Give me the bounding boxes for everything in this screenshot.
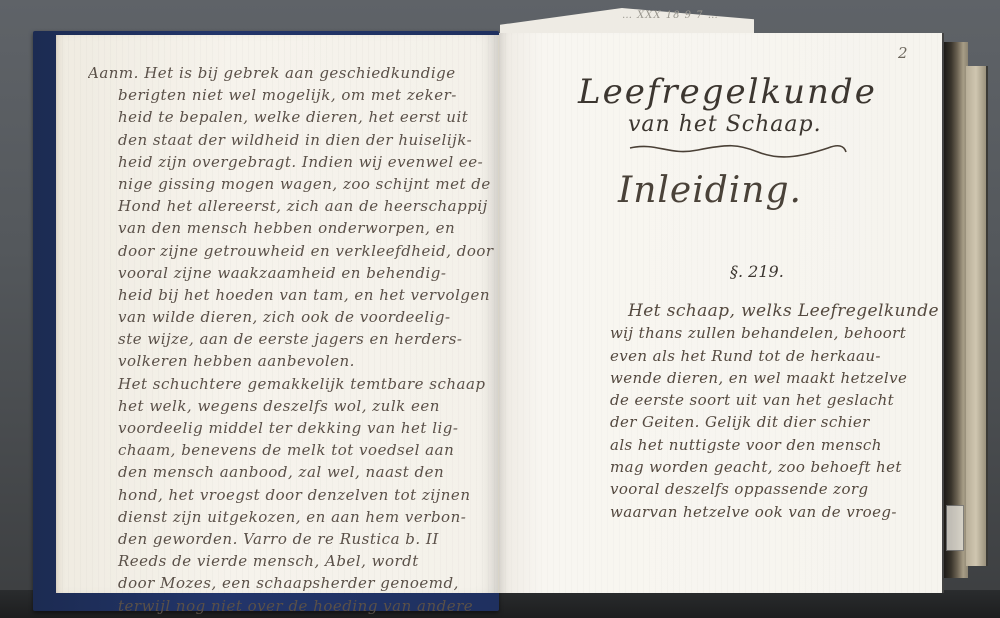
text-line: van wilde dieren, zich ook de voordeelig… bbox=[88, 306, 496, 328]
text-line: Het schuchtere gemakkelijk temtbare scha… bbox=[88, 373, 496, 395]
left-page-text: Aanm. Het is bij gebrek aan geschiedkund… bbox=[88, 62, 496, 617]
text-line: het welk, wegens deszelfs wol, zulk een bbox=[88, 395, 496, 417]
text-line: vooral deszelfs oppassende zorg bbox=[588, 478, 938, 500]
text-line: heid zijn overgebragt. Indien wij evenwe… bbox=[88, 151, 496, 173]
text-line: even als het Rund tot de herkaau- bbox=[588, 345, 938, 367]
text-line: den staat der wildheid in dien der huise… bbox=[88, 129, 496, 151]
page-subtitle: van het Schaap. bbox=[628, 112, 822, 137]
text-line: dienst zijn uitgekozen, en aan hem verbo… bbox=[88, 506, 496, 528]
text-line: chaam, benevens de melk tot voedsel aan bbox=[88, 439, 496, 461]
text-line: als het nuttigste voor den mensch bbox=[588, 434, 938, 456]
page-title: Leefregelkunde bbox=[578, 72, 877, 112]
text-line: terwijl nog niet over de hoeding van and… bbox=[88, 595, 496, 617]
text-line: der Geiten. Gelijk dit dier schier bbox=[588, 411, 938, 433]
page-number: 2 bbox=[898, 44, 908, 62]
text-line: mag worden geacht, zoo behoeft het bbox=[588, 456, 938, 478]
text-line: Aanm. Het is bij gebrek aan geschiedkund… bbox=[88, 62, 496, 84]
back-cover-edge bbox=[966, 66, 988, 566]
text-line: waarvan hetzelve ook van de vroeg- bbox=[588, 501, 938, 523]
text-line: heid te bepalen, welke dieren, het eerst… bbox=[88, 106, 496, 128]
text-line-reference: den geworden. Varro de re Rustica b. II bbox=[88, 528, 496, 550]
section-number: §. 219. bbox=[730, 262, 784, 281]
text-line: Reeds de vierde mensch, Abel, wordt bbox=[88, 550, 496, 572]
text-line: hond, het vroegst door denzelven tot zij… bbox=[88, 484, 496, 506]
text-line: heid bij het hoeden van tam, en het verv… bbox=[88, 284, 496, 306]
text-line: van den mensch hebben onderworpen, en bbox=[88, 217, 496, 239]
text-line: wij thans zullen behandelen, behoort bbox=[588, 322, 938, 344]
text-line: nige gissing mogen wagen, zoo schijnt me… bbox=[88, 173, 496, 195]
right-page-text: Het schaap, welks Leefregelkunde wij tha… bbox=[588, 300, 938, 523]
text-line: Het schaap, welks Leefregelkunde bbox=[588, 300, 938, 322]
slip-note: … XXX 18 9 7 … bbox=[622, 10, 719, 21]
text-line: ste wijze, aan de eerste jagers en herde… bbox=[88, 328, 496, 350]
text-line: den mensch aanbood, zal wel, naast den bbox=[88, 461, 496, 483]
text-line: door zijne getrouwheid en verkleefdheid,… bbox=[88, 240, 496, 262]
page-edges bbox=[944, 42, 968, 578]
text-line: volkeren hebben aanbevolen. bbox=[88, 350, 496, 372]
library-stamp bbox=[946, 505, 964, 551]
text-line: berigten niet wel mogelijk, om met zeker… bbox=[88, 84, 496, 106]
text-line: voordeelig middel ter dekking van het li… bbox=[88, 417, 496, 439]
text-line: vooral zijne waakzaamheid en behendig- bbox=[88, 262, 496, 284]
text-line: wende dieren, en wel maakt hetzelve bbox=[588, 367, 938, 389]
text-line: de eerste soort uit van het geslacht bbox=[588, 389, 938, 411]
scan-scene: … XXX 18 9 7 … Aanm. Het is bij gebrek a… bbox=[0, 0, 1000, 618]
flourish-divider-icon bbox=[628, 140, 848, 160]
text-line: door Mozes, een schaapsherder genoemd, bbox=[88, 572, 496, 594]
chapter-heading: Inleiding. bbox=[618, 170, 802, 211]
text-line: Hond het allereerst, zich aan de heersch… bbox=[88, 195, 496, 217]
